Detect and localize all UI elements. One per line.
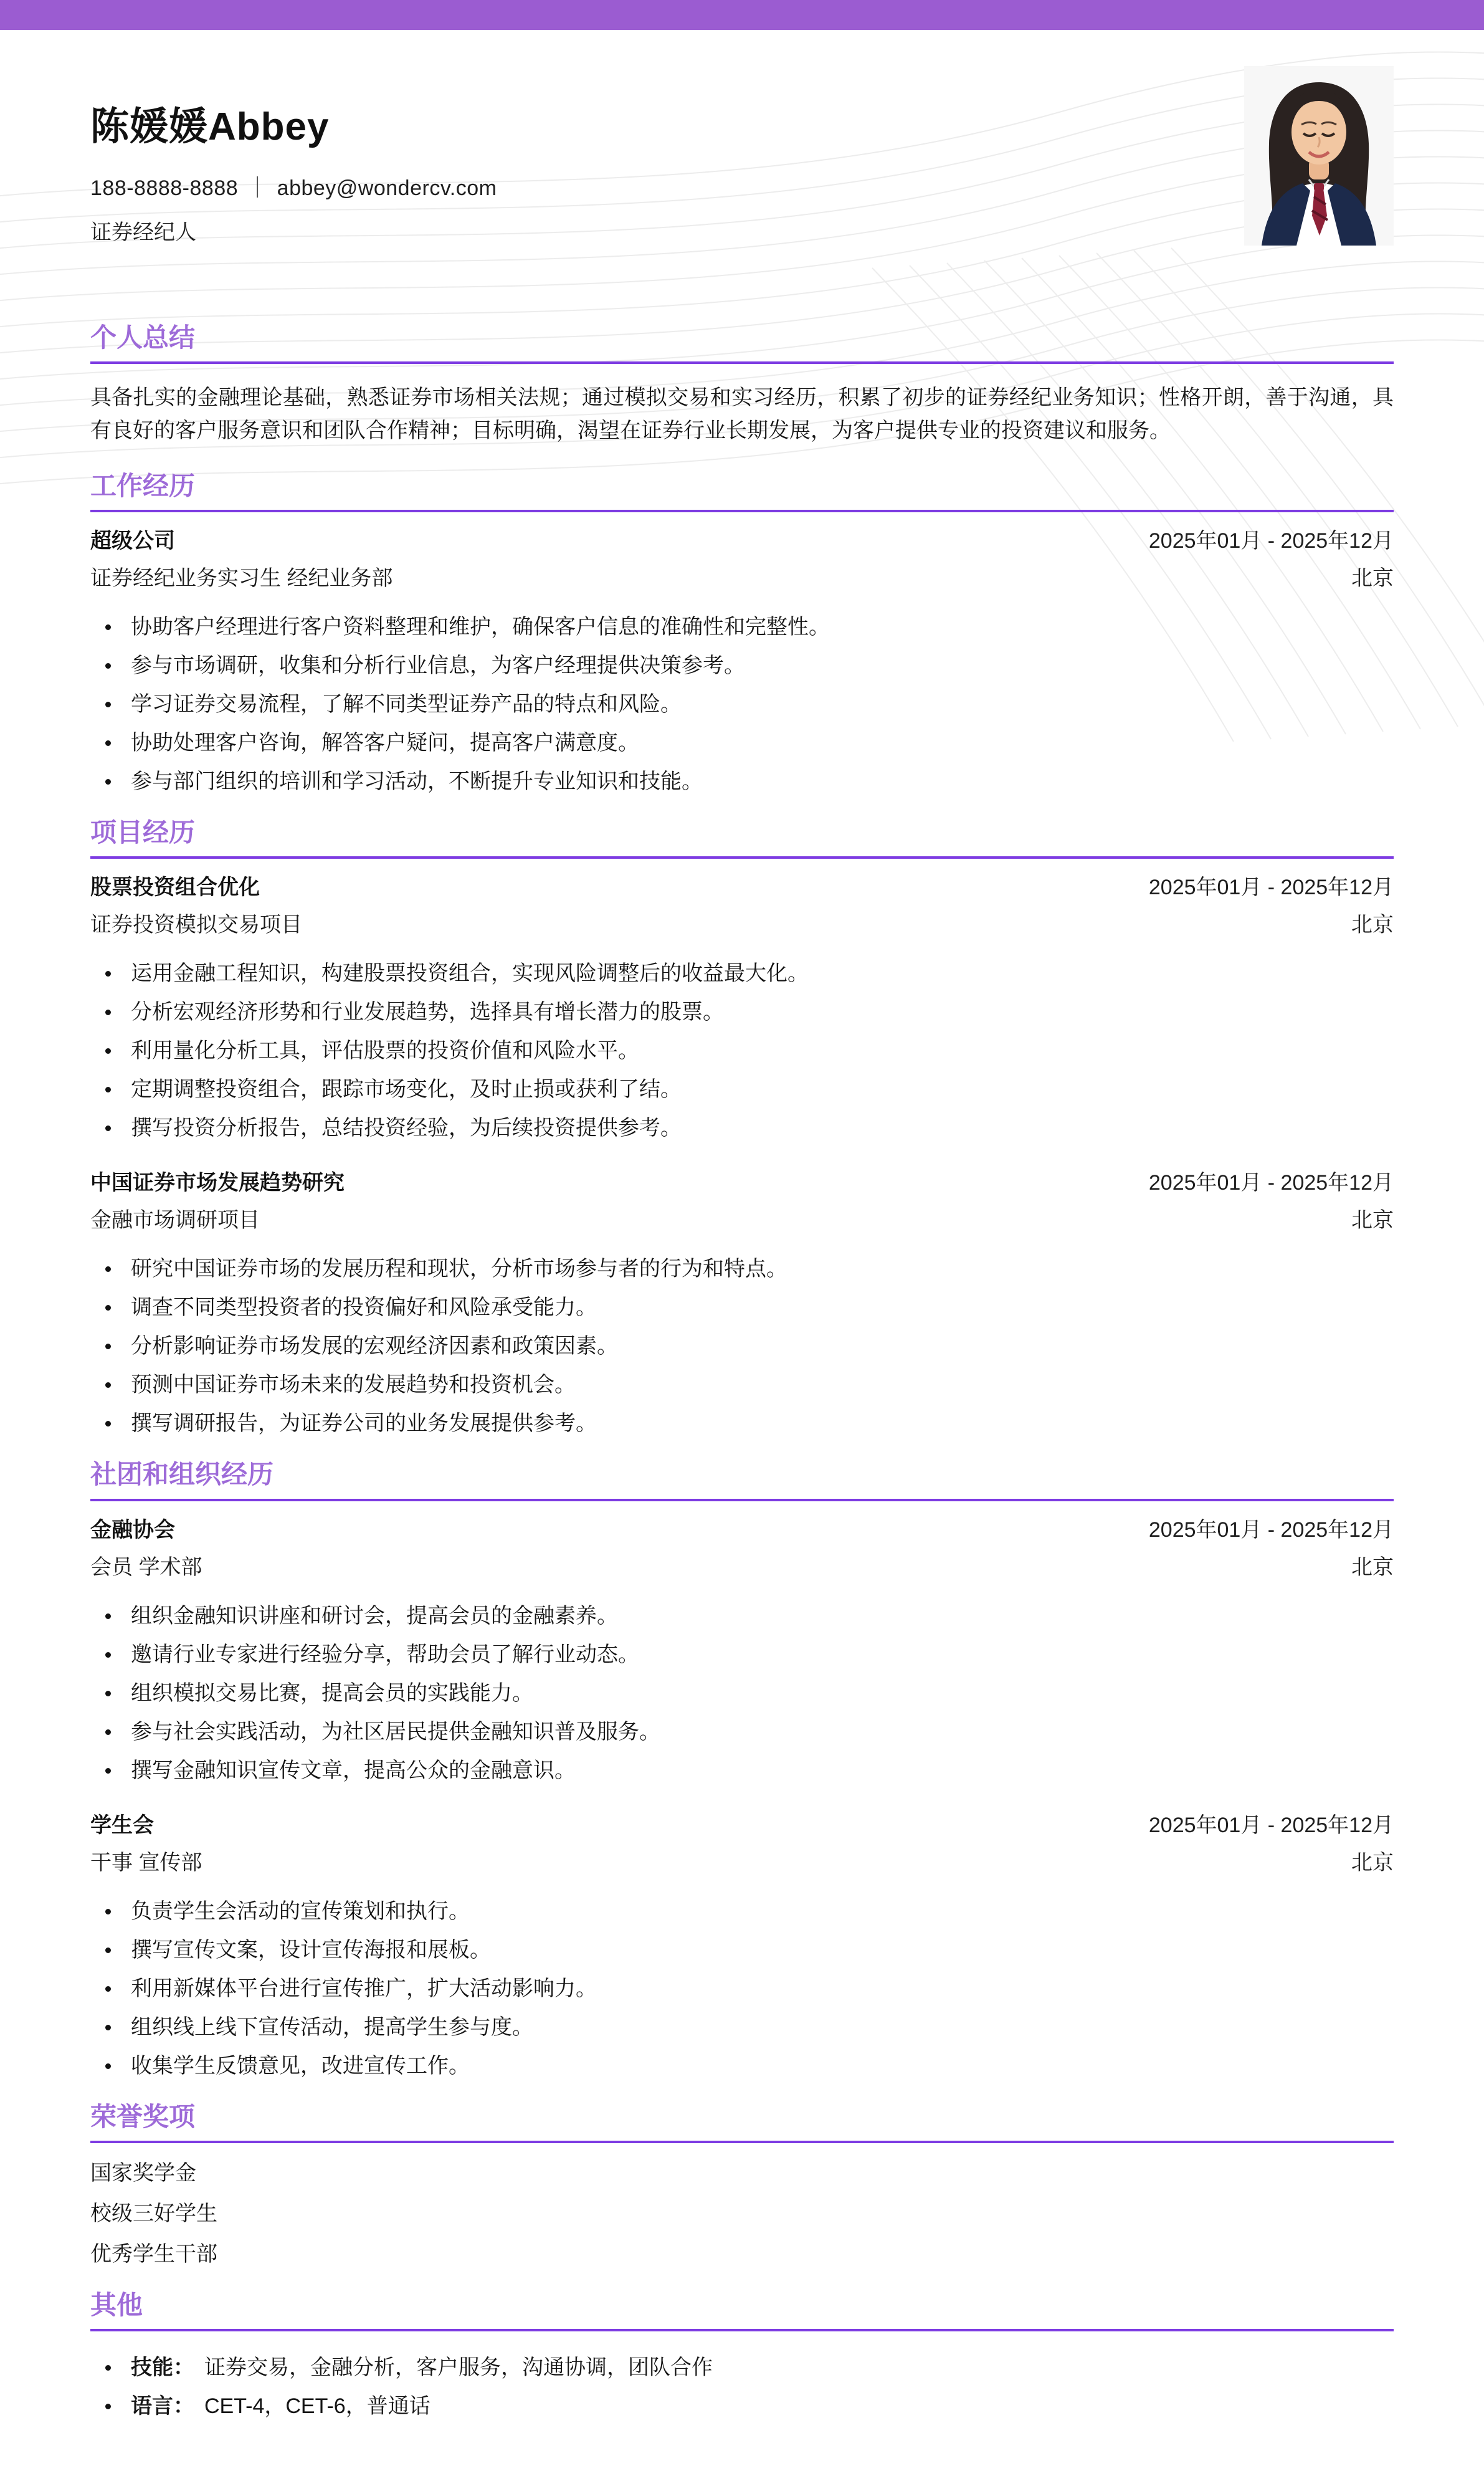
bullet-item: 利用量化分析工具，评估股票的投资价值和风险水平。: [90, 1038, 1394, 1063]
section-title-honors: 荣誉奖项: [90, 2103, 1394, 2131]
contact-separator: ｜: [247, 176, 269, 200]
entry-header: 学生会 2025年01月 - 2025年12月: [90, 1813, 1394, 1838]
location: 北京: [1351, 1555, 1394, 1580]
section-work: 工作经历 超级公司 2025年01月 - 2025年12月 证券经纪业务实习生 …: [90, 472, 1394, 794]
work-entry: 超级公司 2025年01月 - 2025年12月 证券经纪业务实习生 经纪业务部…: [90, 528, 1394, 794]
section-summary: 个人总结 具备扎实的金融理论基础，熟悉证券市场相关法规；通过模拟交易和实习经历，…: [90, 324, 1394, 447]
bullet-item: 收集学生反馈意见，改进宣传工作。: [90, 2053, 1394, 2078]
section-divider: [90, 2329, 1394, 2331]
role-title: 证券投资模拟交易项目: [90, 912, 302, 937]
date-range: 2025年01月 - 2025年12月: [1149, 528, 1394, 553]
section-title-work: 工作经历: [90, 472, 1394, 500]
location: 北京: [1351, 1850, 1394, 1875]
resume-header: 陈媛媛Abbey 188-8888-8888｜abbey@wondercv.co…: [0, 30, 1484, 299]
summary-paragraph: 具备扎实的金融理论基础，熟悉证券市场相关法规；通过模拟交易和实习经历，积累了初步…: [90, 381, 1394, 447]
bullet-item: 研究中国证券市场的发展历程和现状，分析市场参与者的行为和特点。: [90, 1256, 1394, 1281]
bullet-item: 参与部门组织的培训和学习活动，不断提升专业知识和技能。: [90, 769, 1394, 794]
bullet-item: 撰写宣传文案，设计宣传海报和展板。: [90, 1938, 1394, 1962]
role-title: 干事 宣传部: [90, 1850, 202, 1875]
bullet-list: 运用金融工程知识，构建股票投资组合，实现风险调整后的收益最大化。 分析宏观经济形…: [90, 961, 1394, 1140]
candidate-name: 陈媛媛Abbey: [90, 106, 1394, 148]
date-range: 2025年01月 - 2025年12月: [1149, 1813, 1394, 1838]
section-divider: [90, 856, 1394, 859]
bullet-item: 学习证券交易流程，了解不同类型证券产品的特点和风险。: [90, 692, 1394, 717]
profile-photo-illustration: [1244, 66, 1394, 246]
honor-item: 国家奖学金: [90, 2161, 1394, 2186]
languages-item: 语言：CET-4，CET-6，普通话: [90, 2394, 1394, 2419]
honor-item: 优秀学生干部: [90, 2242, 1394, 2267]
entry-subheader: 干事 宣传部 北京: [90, 1850, 1394, 1875]
entry-header: 中国证券市场发展趋势研究 2025年01月 - 2025年12月: [90, 1170, 1394, 1195]
date-range: 2025年01月 - 2025年12月: [1149, 1517, 1394, 1542]
bullet-item: 组织线上线下宣传活动，提高学生参与度。: [90, 2015, 1394, 2040]
skills-value: 证券交易，金融分析，客户服务，沟通协调，团队合作: [204, 2356, 713, 2379]
section-divider: [90, 1499, 1394, 1501]
date-range: 2025年01月 - 2025年12月: [1149, 1170, 1394, 1195]
bullet-item: 分析宏观经济形势和行业发展趋势，选择具有增长潜力的股票。: [90, 1000, 1394, 1025]
bullet-item: 参与社会实践活动，为社区居民提供金融知识普及服务。: [90, 1719, 1394, 1744]
job-title: 证券经纪人: [90, 215, 1394, 246]
skills-item: 技能：证券交易，金融分析，客户服务，沟通协调，团队合作: [90, 2355, 1394, 2380]
bullet-item: 负责学生会活动的宣传策划和执行。: [90, 1899, 1394, 1924]
resume-body: 个人总结 具备扎实的金融理论基础，熟悉证券市场相关法规；通过模拟交易和实习经历，…: [0, 324, 1484, 2419]
bullet-item: 预测中国证券市场未来的发展趋势和投资机会。: [90, 1372, 1394, 1397]
section-title-organizations: 社团和组织经历: [90, 1461, 1394, 1488]
section-projects: 项目经历 股票投资组合优化 2025年01月 - 2025年12月 证券投资模拟…: [90, 819, 1394, 1436]
section-other: 其他 技能：证券交易，金融分析，客户服务，沟通协调，团队合作 语言：CET-4，…: [90, 2292, 1394, 2419]
section-divider: [90, 361, 1394, 364]
email-link[interactable]: abbey@wondercv.com: [277, 176, 497, 200]
organization-name: 超级公司: [90, 528, 175, 553]
bullet-item: 协助处理客户咨询，解答客户疑问，提高客户满意度。: [90, 730, 1394, 755]
bullet-item: 运用金融工程知识，构建股票投资组合，实现风险调整后的收益最大化。: [90, 961, 1394, 986]
bullet-list: 协助客户经理进行客户资料整理和维护，确保客户信息的准确性和完整性。 参与市场调研…: [90, 614, 1394, 794]
role-title: 证券经纪业务实习生 经纪业务部: [90, 566, 392, 591]
profile-photo: [1244, 66, 1394, 246]
entry-subheader: 会员 学术部 北京: [90, 1555, 1394, 1580]
entry-subheader: 金融市场调研项目 北京: [90, 1208, 1394, 1233]
bullet-list: 研究中国证券市场的发展历程和现状，分析市场参与者的行为和特点。 调查不同类型投资…: [90, 1256, 1394, 1436]
bullet-item: 参与市场调研，收集和分析行业信息，为客户经理提供决策参考。: [90, 653, 1394, 678]
bullet-item: 协助客户经理进行客户资料整理和维护，确保客户信息的准确性和完整性。: [90, 614, 1394, 639]
role-title: 会员 学术部: [90, 1555, 202, 1580]
bullet-list: 负责学生会活动的宣传策划和执行。 撰写宣传文案，设计宣传海报和展板。 利用新媒体…: [90, 1899, 1394, 2078]
entry-header: 超级公司 2025年01月 - 2025年12月: [90, 528, 1394, 553]
top-accent-bar: [0, 0, 1484, 30]
bullet-item: 撰写投资分析报告，总结投资经验，为后续投资提供参考。: [90, 1116, 1394, 1140]
honors-list: 国家奖学金 校级三好学生 优秀学生干部: [90, 2161, 1394, 2267]
location: 北京: [1351, 912, 1394, 937]
contact-line: 188-8888-8888｜abbey@wondercv.com: [90, 171, 1394, 201]
section-organizations: 社团和组织经历 金融协会 2025年01月 - 2025年12月 会员 学术部 …: [90, 1461, 1394, 2078]
entry-header: 金融协会 2025年01月 - 2025年12月: [90, 1517, 1394, 1542]
organization-name: 学生会: [90, 1813, 154, 1838]
organization-entry: 金融协会 2025年01月 - 2025年12月 会员 学术部 北京 组织金融知…: [90, 1517, 1394, 1783]
role-title: 金融市场调研项目: [90, 1208, 260, 1233]
bullet-item: 撰写调研报告，为证券公司的业务发展提供参考。: [90, 1411, 1394, 1436]
bullet-item: 分析影响证券市场发展的宏观经济因素和政策因素。: [90, 1334, 1394, 1359]
bullet-item: 撰写金融知识宣传文章，提高公众的金融意识。: [90, 1758, 1394, 1783]
entry-header: 股票投资组合优化 2025年01月 - 2025年12月: [90, 875, 1394, 900]
section-divider: [90, 510, 1394, 512]
languages-value: CET-4，CET-6，普通话: [204, 2394, 430, 2418]
languages-label: 语言：: [131, 2394, 194, 2418]
project-entry: 中国证券市场发展趋势研究 2025年01月 - 2025年12月 金融市场调研项…: [90, 1170, 1394, 1436]
bullet-item: 调查不同类型投资者的投资偏好和风险承受能力。: [90, 1295, 1394, 1320]
honor-item: 校级三好学生: [90, 2201, 1394, 2226]
section-title-other: 其他: [90, 2292, 1394, 2319]
bullet-item: 组织模拟交易比赛，提高会员的实践能力。: [90, 1681, 1394, 1706]
organization-entry: 学生会 2025年01月 - 2025年12月 干事 宣传部 北京 负责学生会活…: [90, 1813, 1394, 2078]
entry-subheader: 证券经纪业务实习生 经纪业务部 北京: [90, 566, 1394, 591]
bullet-list: 组织金融知识讲座和研讨会，提高会员的金融素养。 邀请行业专家进行经验分享，帮助会…: [90, 1603, 1394, 1783]
section-divider: [90, 2141, 1394, 2143]
skills-label: 技能：: [131, 2356, 194, 2379]
bullet-item: 邀请行业专家进行经验分享，帮助会员了解行业动态。: [90, 1642, 1394, 1667]
organization-name: 金融协会: [90, 1517, 175, 1542]
project-entry: 股票投资组合优化 2025年01月 - 2025年12月 证券投资模拟交易项目 …: [90, 875, 1394, 1140]
section-title-summary: 个人总结: [90, 324, 1394, 351]
location: 北京: [1351, 566, 1394, 591]
bullet-item: 定期调整投资组合，跟踪市场变化，及时止损或获利了结。: [90, 1077, 1394, 1102]
phone-number: 188-8888-8888: [90, 176, 238, 200]
entry-subheader: 证券投资模拟交易项目 北京: [90, 912, 1394, 937]
project-name: 中国证券市场发展趋势研究: [90, 1170, 345, 1195]
section-honors: 荣誉奖项 国家奖学金 校级三好学生 优秀学生干部: [90, 2103, 1394, 2267]
bullet-item: 组织金融知识讲座和研讨会，提高会员的金融素养。: [90, 1603, 1394, 1628]
other-list: 技能：证券交易，金融分析，客户服务，沟通协调，团队合作 语言：CET-4，CET…: [90, 2355, 1394, 2419]
project-name: 股票投资组合优化: [90, 875, 260, 900]
section-title-projects: 项目经历: [90, 819, 1394, 846]
location: 北京: [1351, 1208, 1394, 1233]
date-range: 2025年01月 - 2025年12月: [1149, 875, 1394, 900]
resume-page: 陈媛媛Abbey 188-8888-8888｜abbey@wondercv.co…: [0, 0, 1484, 2466]
bullet-item: 利用新媒体平台进行宣传推广，扩大活动影响力。: [90, 1976, 1394, 2001]
